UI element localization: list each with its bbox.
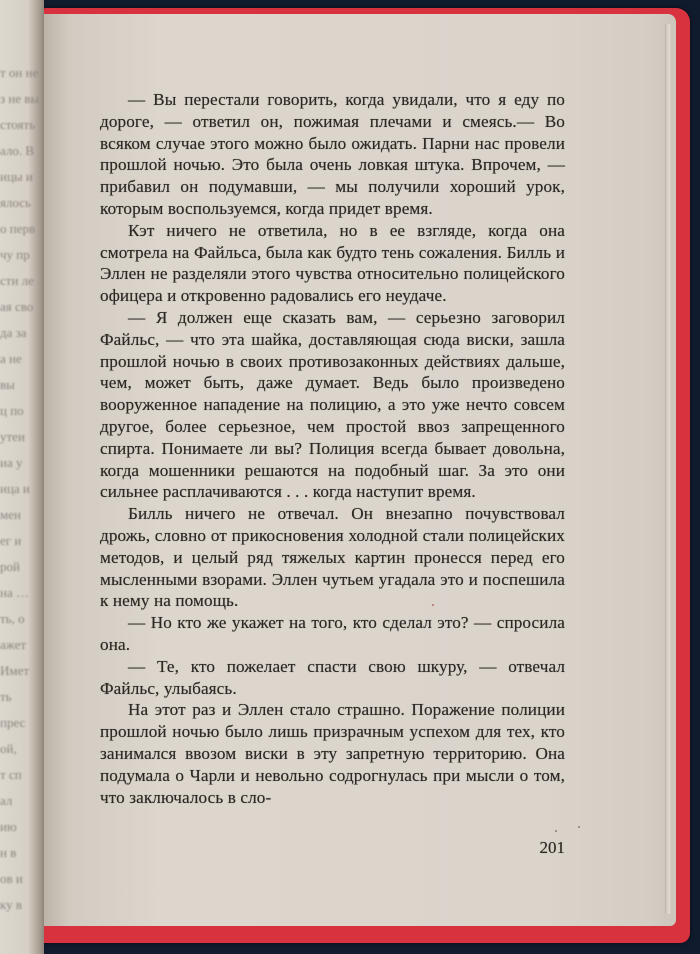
left-page-text-fragment: мен: [0, 502, 44, 528]
left-page-text-fragment: иа у: [0, 450, 44, 476]
left-page-text-fragment: чу пр: [0, 242, 44, 268]
paragraph: На этот раз и Эллен стало страшно. Пораж…: [100, 699, 565, 808]
left-page-text-fragment: ку в: [0, 892, 44, 918]
paragraph: — Те, кто пожелает спасти свою шкуру, — …: [100, 656, 565, 700]
page-text-block: — Вы перестали говорить, когда увидали, …: [100, 89, 565, 808]
left-page-text-fragment: вы: [0, 372, 44, 398]
left-page-text-fragment: ть: [0, 684, 44, 710]
left-page-text-fragment: ой,: [0, 736, 44, 762]
paper-speck: [432, 604, 434, 606]
left-page-text-fragment: а не: [0, 346, 44, 372]
left-page-text-fragment: ию: [0, 814, 44, 840]
left-page-text-fragment: прес: [0, 710, 44, 736]
paragraph: Кэт ничего не ответила, но в ее взгляде,…: [100, 220, 565, 307]
paper-speck: [555, 830, 557, 832]
left-page-text-fragment: стоять: [0, 112, 44, 138]
left-page-text-fragment: на …: [0, 580, 44, 606]
left-page-text-fragment: ц по: [0, 398, 44, 424]
left-page-text-fragment: ало. В: [0, 138, 44, 164]
page-stack-edge: [665, 24, 672, 914]
paragraph: — Вы перестали говорить, когда увидали, …: [100, 89, 565, 220]
book-page-left-sliver: т он нез не выстоятьало. Вицы иялосьо пе…: [0, 0, 44, 954]
left-page-text-fragment: ицы и: [0, 164, 44, 190]
left-page-text-fragment: т сп: [0, 762, 44, 788]
left-page-text-fragment: т он не: [0, 60, 44, 86]
left-page-text-fragment: ал: [0, 788, 44, 814]
left-page-text-fragment: ица и: [0, 476, 44, 502]
left-page-text-fragment: утеи: [0, 424, 44, 450]
left-page-text-fragment: ег и: [0, 528, 44, 554]
left-page-text-fragment: ть, о: [0, 606, 44, 632]
paragraph: Билль ничего не отвечал. Он внезапно поч…: [100, 503, 565, 612]
left-page-text-fragment: ялось: [0, 190, 44, 216]
paragraph: — Но кто же укажет на того, кто сделал э…: [100, 612, 565, 656]
left-page-text-fragment: ая сво: [0, 294, 44, 320]
left-page-text-fragment: з не вы: [0, 86, 44, 112]
left-page-text-fragment: да за: [0, 320, 44, 346]
left-page-text-fragment: н в: [0, 840, 44, 866]
left-page-text-fragment: ов и: [0, 866, 44, 892]
left-page-text-fragment: ажет: [0, 632, 44, 658]
left-page-text-fragment: сти ле: [0, 268, 44, 294]
paper-speck: [578, 826, 580, 828]
page-number: 201: [525, 838, 565, 858]
paragraph: — Я должен еще сказать вам, — серьезно з…: [100, 307, 565, 503]
left-page-text-fragment: о перв: [0, 216, 44, 242]
left-page-text-fragment: рой: [0, 554, 44, 580]
photo-scene: т он нез не выстоятьало. Вицы иялосьо пе…: [0, 0, 700, 954]
left-page-text-fragment: Имет: [0, 658, 44, 684]
